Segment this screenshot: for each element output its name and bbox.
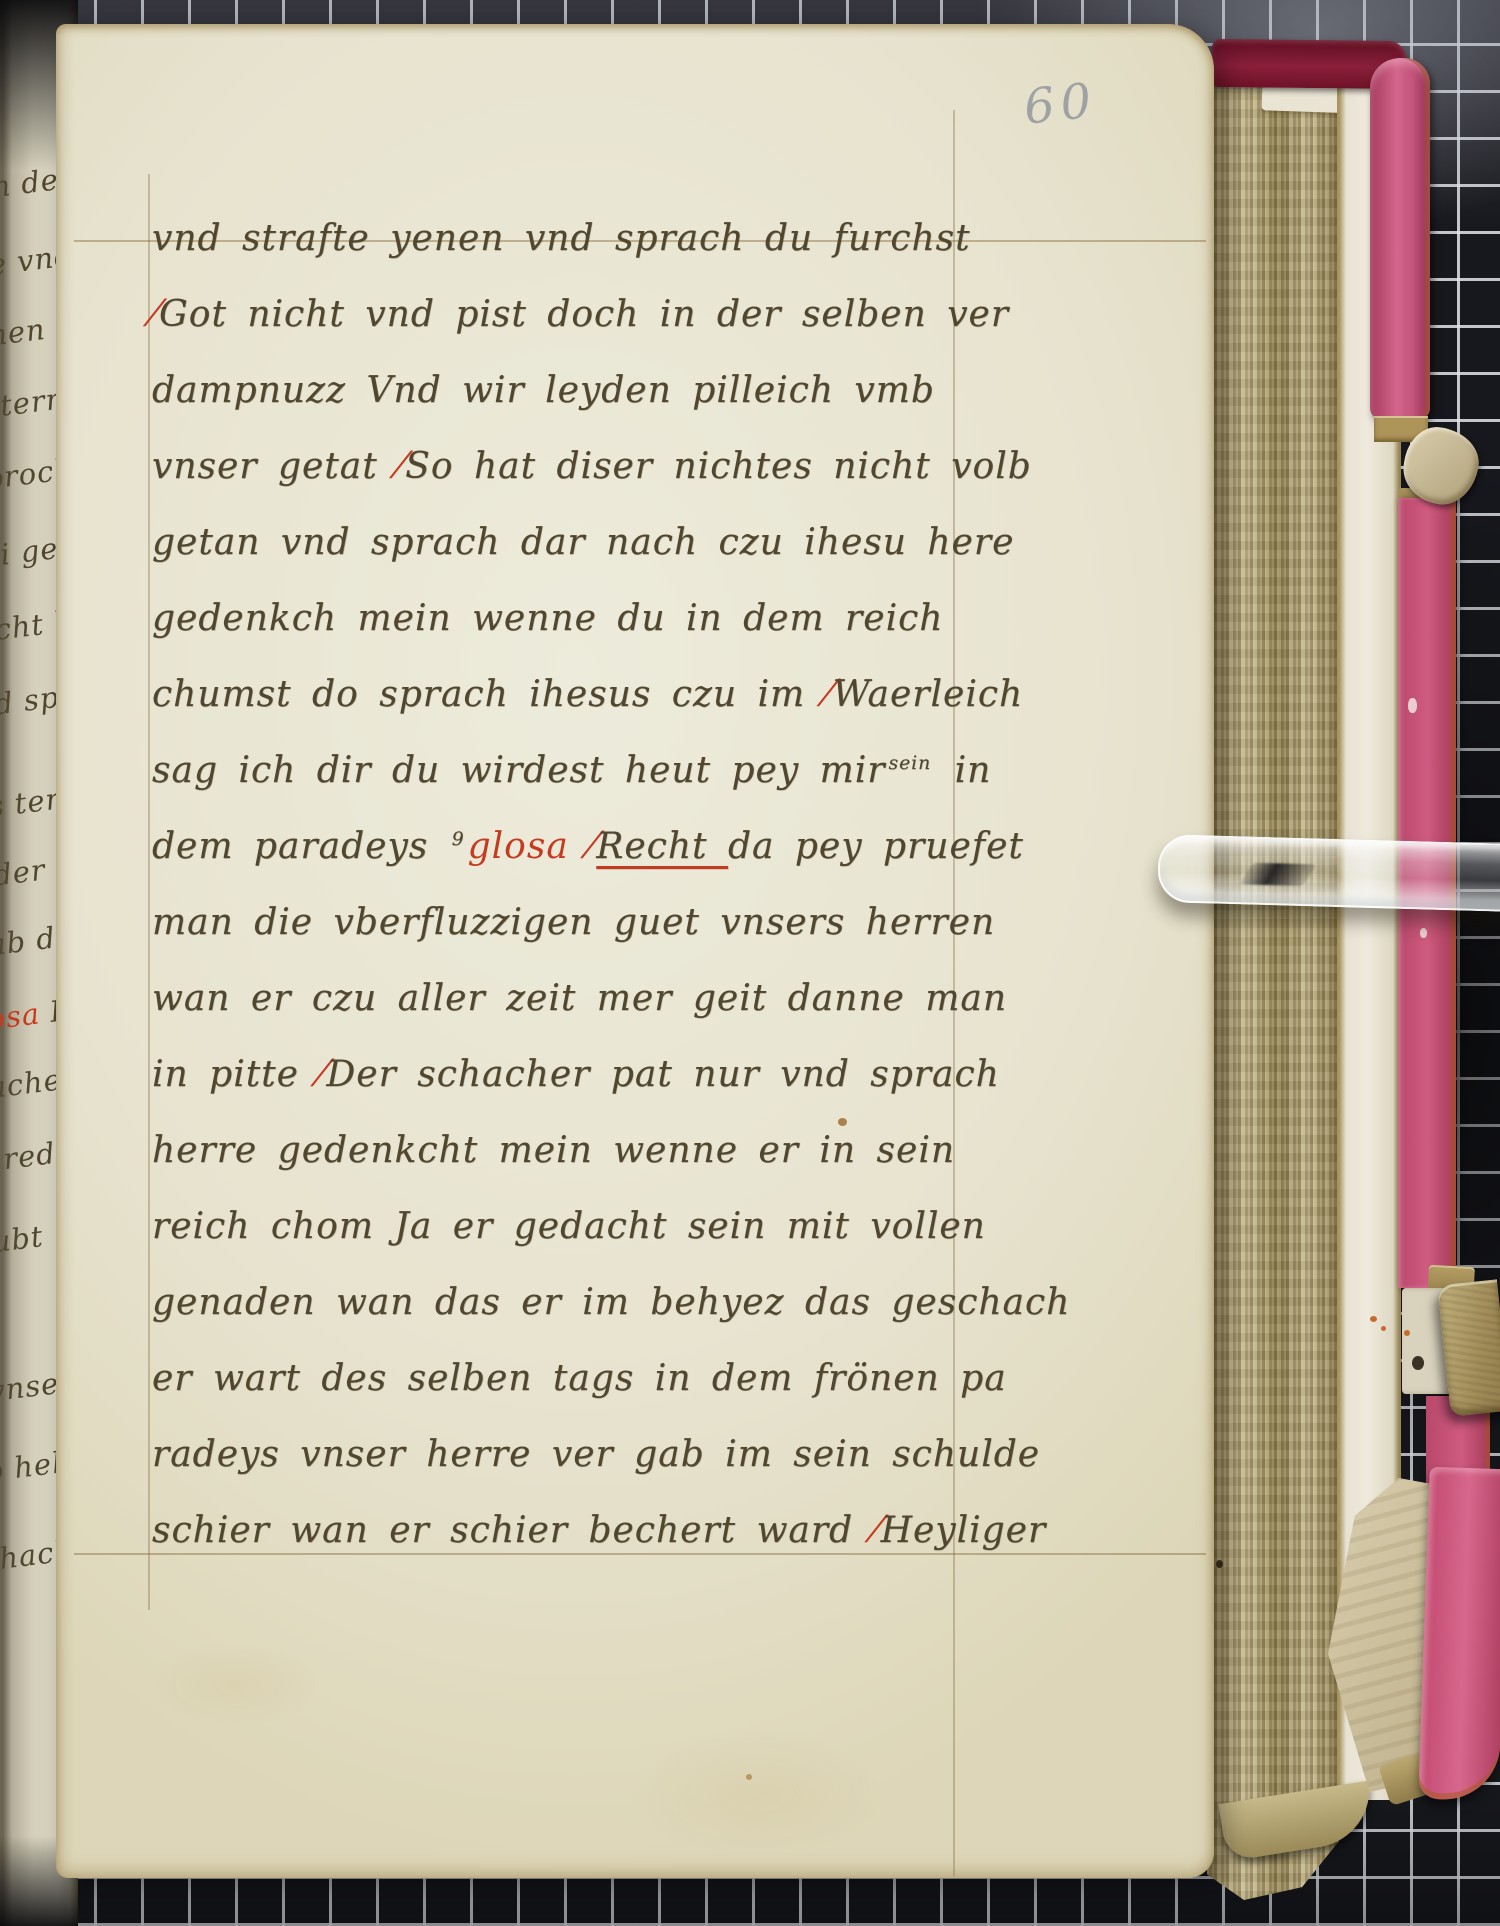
ink-text: er wart des selben tags in dem frönen pa xyxy=(152,1358,1007,1399)
rubric-text: ⁄ xyxy=(874,1510,881,1551)
ink-text: sein xyxy=(888,753,931,774)
manuscript-line: vnser getat ⁄So hat diser nichtes nicht … xyxy=(152,446,1002,522)
ink-speck xyxy=(746,1774,752,1780)
manuscript-text-block: vnd strafte yenen vnd sprach du furchst⁄… xyxy=(152,218,1002,1586)
manuscript-line: man die vberfluzzigen guet vnsers herren xyxy=(152,902,1002,978)
ink-text: vnser getat xyxy=(152,446,398,487)
manuscript-line: radeys vnser herre ver gab im sein schul… xyxy=(152,1434,1002,1510)
prick-hole xyxy=(1216,1560,1223,1568)
manuscript-line: sag ich dir du wirdest heut pey mirsein … xyxy=(152,750,1002,826)
ink-text: gedenkch mein wenne du in dem reich xyxy=(152,598,943,639)
folio-number-pencil: 60 xyxy=(1021,72,1100,135)
ink-text: dampnuzz Vnd wir leyden pilleich vmb xyxy=(152,370,935,411)
manuscript-line: wan er czu aller zeit mer geit danne man xyxy=(152,978,1002,1054)
ink-text: So hat diser nichtes nicht volb xyxy=(405,446,1032,487)
rubric-text: ⁄ xyxy=(826,674,833,715)
fore-edge-page-stack xyxy=(1207,58,1339,1900)
strip-smudge xyxy=(1239,863,1316,886)
ink-text: chumst do sprach ihesus czu im xyxy=(152,674,826,715)
ink-text: genaden wan das er im behyez das geschac… xyxy=(152,1282,1070,1323)
rust-speck xyxy=(1404,1330,1410,1336)
rubric-text: Recht xyxy=(596,826,728,867)
rubric-text: ⁄ xyxy=(152,294,159,335)
cover-fleck xyxy=(1408,698,1417,713)
ink-text: Got nicht vnd pist doch in der selben ve… xyxy=(159,294,1009,335)
manuscript-line: genaden wan das er im behyez das geschac… xyxy=(152,1282,1002,1358)
ink-text: laubt xyxy=(0,1218,55,1263)
manuscript-line: ⁄Got nicht vnd pist doch in der selben v… xyxy=(152,294,1002,370)
manuscript-line: er wart des selben tags in dem frönen pa xyxy=(152,1358,1002,1434)
ink-text: radeys vnser herre ver gab im sein schul… xyxy=(152,1434,1040,1475)
manuscript-line: dem paradeys 9glosa ⁄Recht da pey pruefe… xyxy=(152,826,1002,902)
manuscript-line: herre gedenkcht mein wenne er in sein xyxy=(152,1130,1002,1206)
transparent-page-weight-strip xyxy=(1157,834,1500,912)
ink-text: smecht xyxy=(0,606,56,655)
manuscript-line: gedenkch mein wenne du in dem reich xyxy=(152,598,1002,674)
manuscript-line: schier wan er schier bechert ward ⁄Heyli… xyxy=(152,1510,1002,1586)
ink-text: dem paradeys xyxy=(152,826,449,867)
manuscript-line: vnd strafte yenen vnd sprach du furchst xyxy=(152,218,1002,294)
ink-text: 9 xyxy=(452,829,465,850)
ink-text: sag ich dir du wirdest heut pey mir xyxy=(152,750,885,791)
ink-text: man die vberfluzzigen guet vnsers herren xyxy=(152,902,995,943)
manuscript-line: chumst do sprach ihesus czu im ⁄Waerleic… xyxy=(152,674,1002,750)
ink-text: in xyxy=(934,750,991,791)
manuscript-page: 60 vnd strafte yenen vnd sprach du furch… xyxy=(56,24,1214,1878)
ink-text: reich chom Ja er gedacht sein mit vollen xyxy=(152,1206,986,1247)
ink-text: schier wan er schier bechert ward xyxy=(152,1510,874,1551)
chemise-cover-roll-top xyxy=(1370,58,1430,420)
ink-text: vnd strafte yenen vnd sprach du furchst xyxy=(152,218,971,259)
ink-text: herre gedenkcht mein wenne er in sein xyxy=(152,1130,955,1171)
chemise-corner xyxy=(1418,1467,1500,1802)
rust-speck xyxy=(1381,1326,1386,1331)
manuscript-line: reich chom Ja er gedacht sein mit vollen xyxy=(152,1206,1002,1282)
rust-speck xyxy=(1370,1316,1377,1322)
ink-text: da pey pruefet xyxy=(728,826,1024,867)
photographic-grid-background: laß an derwurde vndn reinen eem ostermg … xyxy=(0,0,1500,1926)
ink-speck xyxy=(838,1118,847,1126)
rubric-text: losa xyxy=(0,995,52,1038)
manuscript-line: in pitte ⁄Der schacher pat nur vnd sprac… xyxy=(152,1054,1002,1130)
ink-text: Heyliger xyxy=(881,1510,1047,1551)
nail-hole xyxy=(1412,1356,1424,1370)
ink-text: Der schacher pat nur vnd sprach xyxy=(326,1054,999,1095)
ruling-line-left xyxy=(148,174,150,1610)
ink-text: in pitte xyxy=(152,1054,319,1095)
ink-text: wan er czu aller zeit mer geit danne man xyxy=(152,978,1007,1019)
ink-text: Waerleich xyxy=(833,674,1024,715)
manuscript-line: dampnuzz Vnd wir leyden pilleich vmb xyxy=(152,370,1002,446)
cover-fleck xyxy=(1420,928,1427,938)
manuscript-line: getan vnd sprach dar nach czu ihesu here xyxy=(152,522,1002,598)
ink-text: getan vnd sprach dar nach czu ihesu here xyxy=(152,522,1014,563)
rubric-text: glosa xyxy=(468,826,590,867)
